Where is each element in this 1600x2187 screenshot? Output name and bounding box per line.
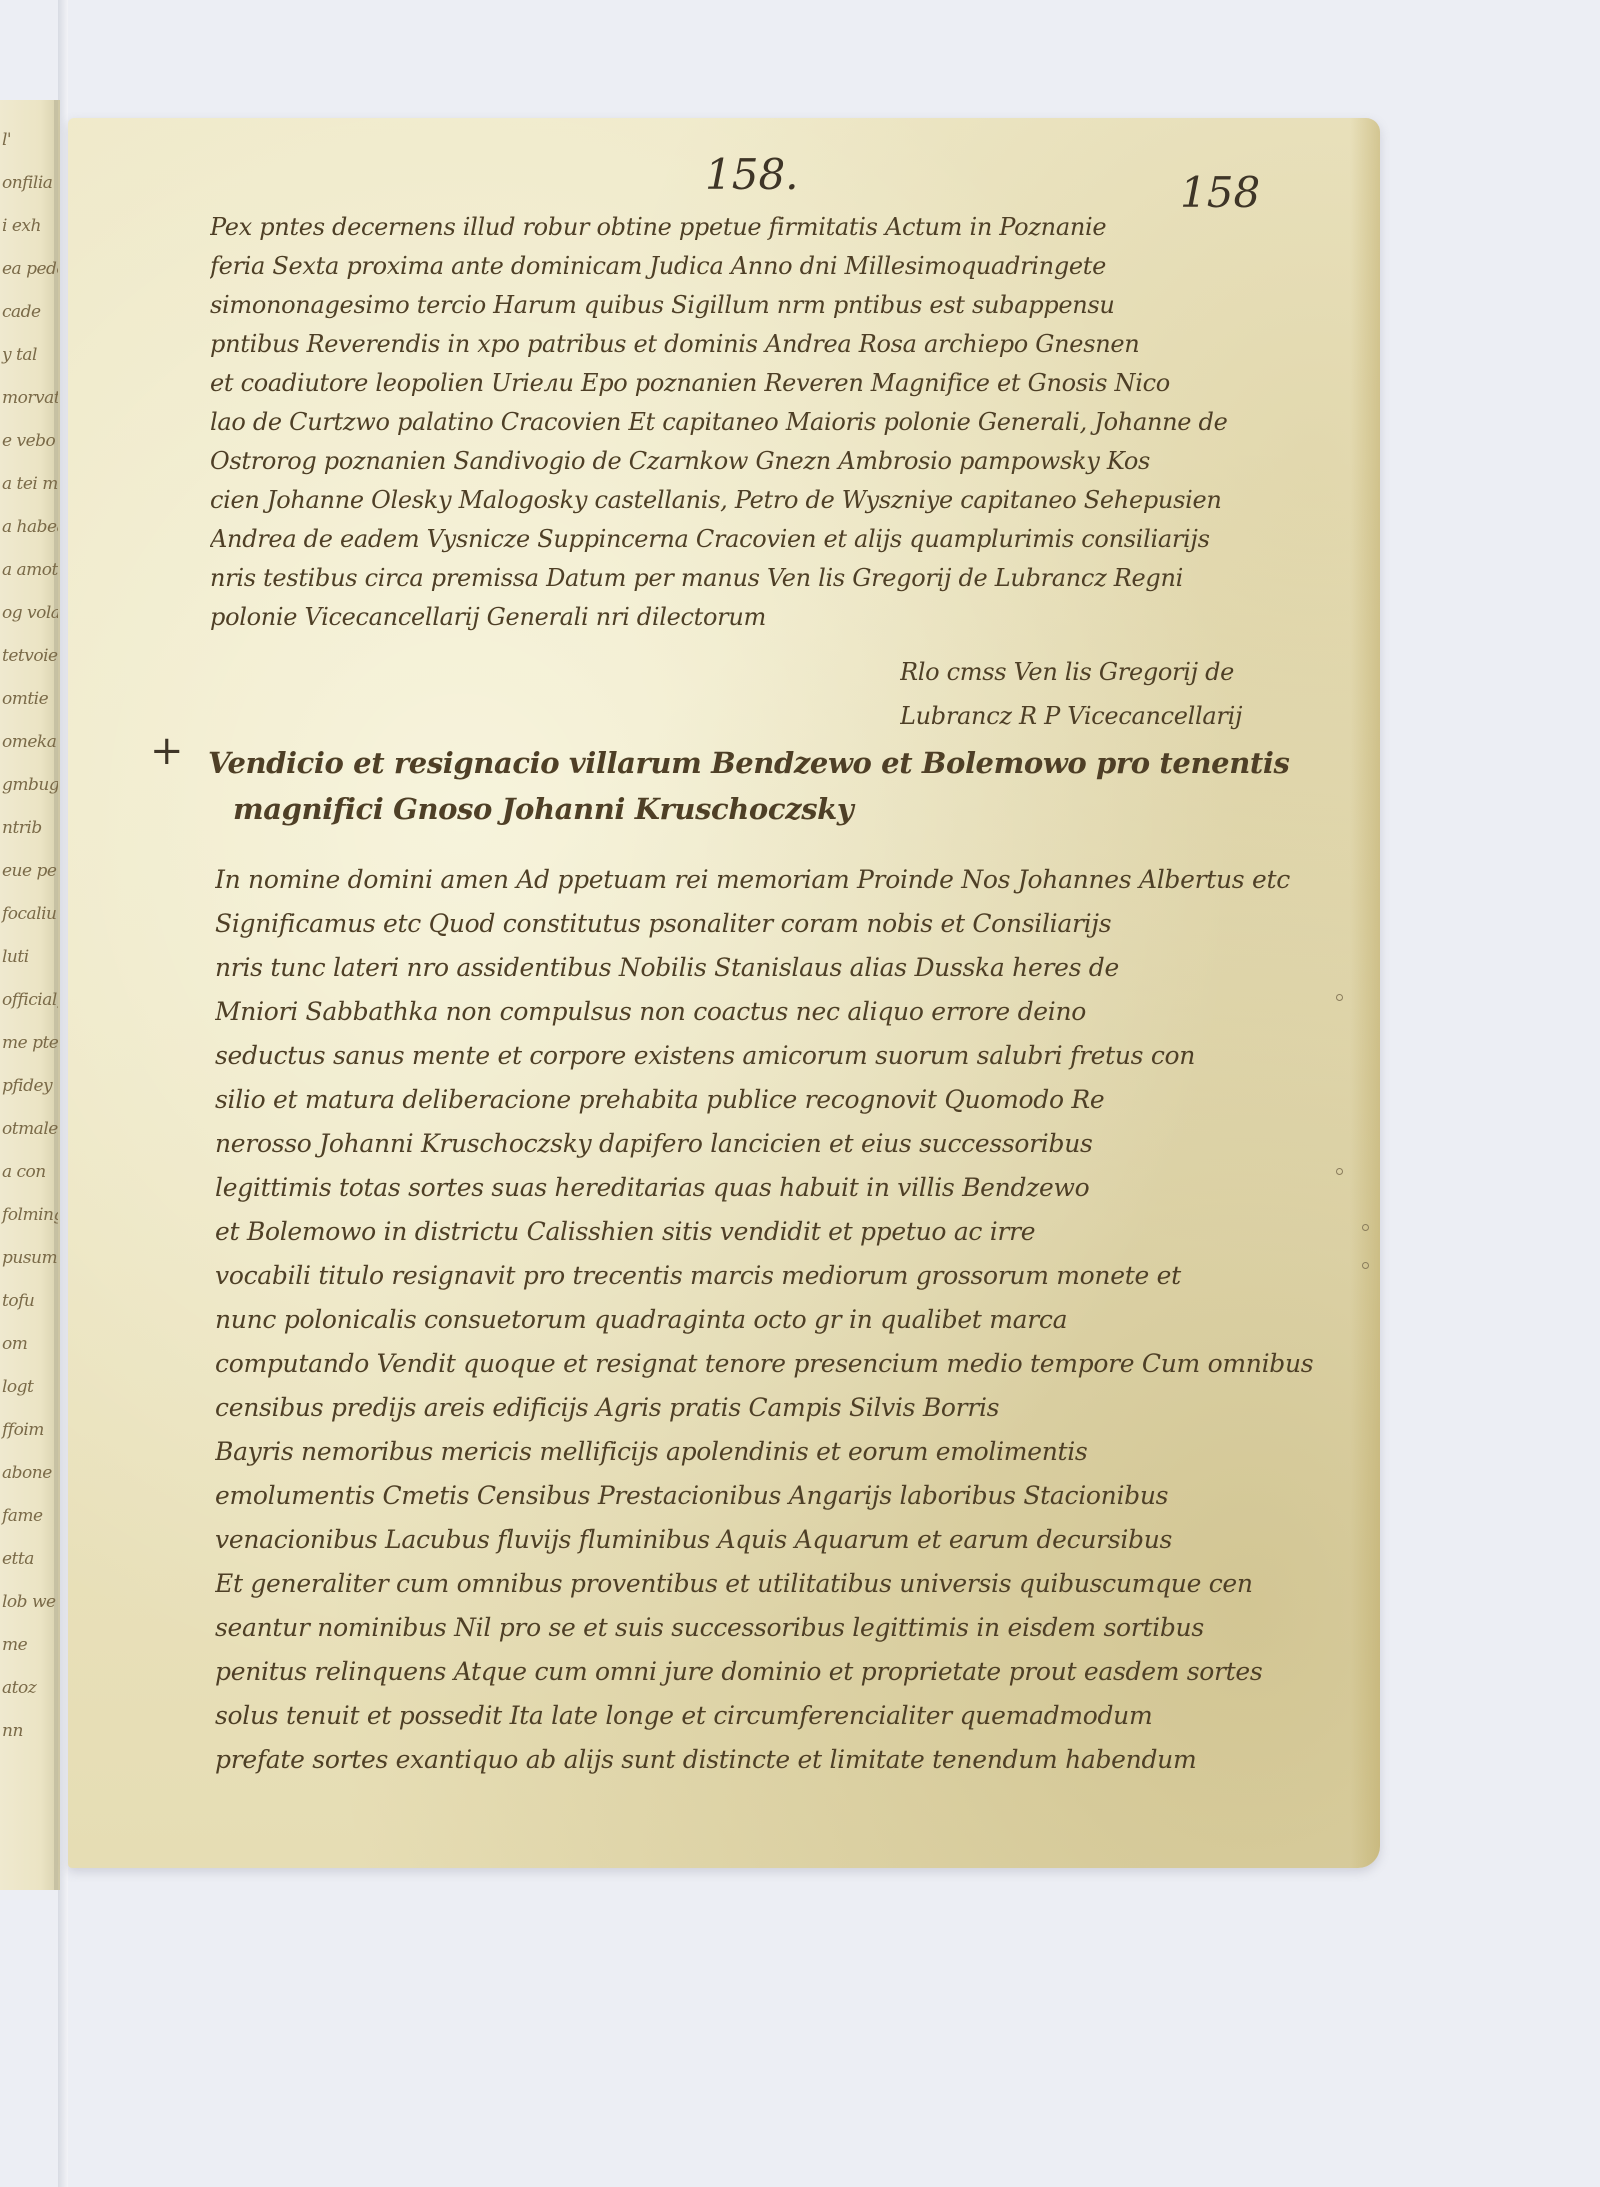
previous-entry: Pex pntes decernens illud robur obtine p…: [210, 208, 1360, 637]
entry-body-line: Mniori Sabbathka non compulsus non coact…: [215, 990, 1365, 1034]
left-page-fragment-line: og volad: [2, 603, 60, 623]
entry-body-line: silio et matura deliberacione prehabita …: [215, 1078, 1365, 1122]
left-page-fragment-line: abone: [2, 1463, 52, 1483]
left-page-fragment-line: cade: [2, 302, 41, 322]
entry-body: In nomine domini amen Ad ppetuam rei mem…: [215, 858, 1365, 1782]
left-page-fragment-line: focaliu: [2, 904, 57, 924]
folio-number-center: 158.: [705, 150, 799, 199]
left-page-fragment-line: otmale: [2, 1119, 58, 1139]
previous-entry-line: feria Sexta proxima ante dominicam Judic…: [210, 247, 1360, 286]
previous-entry-line: Andrea de eadem Vysnicze Suppincerna Cra…: [210, 520, 1360, 559]
entry-body-line: solus tenuit et possedit Ita late longe …: [215, 1694, 1365, 1738]
left-page-fragment-line: lob we: [2, 1592, 56, 1612]
left-page-fragment-line: a con: [2, 1162, 46, 1182]
entry-body-line: computando Vendit quoque et resignat ten…: [215, 1342, 1365, 1386]
cross-mark-icon: +: [150, 728, 184, 774]
left-page-fragment-line: a habea: [2, 517, 60, 537]
left-page-fragment: l'onfiliai exhea pedecadey talmorvatee v…: [0, 100, 60, 1890]
margin-dot-mark: [1362, 1224, 1369, 1231]
previous-entry-line: polonie Vicecancellarij Generali nri dil…: [210, 598, 1360, 637]
left-page-fragment-line: a amota: [2, 560, 60, 580]
entry-body-line: Significamus etc Quod constitutus psonal…: [215, 902, 1365, 946]
left-page-fragment-line: me: [2, 1635, 27, 1655]
left-page-fragment-line: luti: [2, 947, 29, 967]
left-page-fragment-line: atoz: [2, 1678, 36, 1698]
entry-body-line: legittimis totas sortes suas hereditaria…: [215, 1166, 1365, 1210]
left-page-fragment-line: omtie: [2, 689, 48, 709]
previous-entry-line: lao de Curtzwo palatino Cracovien Et cap…: [210, 403, 1360, 442]
left-page-fragment-line: me pte: [2, 1033, 58, 1053]
left-page-fragment-line: tetvoie: [2, 646, 58, 666]
left-page-fragment-line: i exh: [2, 216, 41, 236]
previous-entry-line: simononagesimo tercio Harum quibus Sigil…: [210, 286, 1360, 325]
entry-heading-line: magnifici Gnoso Johanni Kruschoczsky: [208, 786, 1358, 832]
left-page-fragment-line: a tei me: [2, 474, 60, 494]
left-page-fragment-line: pusum: [2, 1248, 57, 1268]
left-page-fragment-line: ffoim: [2, 1420, 44, 1440]
entry-heading: Vendicio et resignacio villarum Bendzewo…: [208, 740, 1358, 832]
signature-line: Lubrancz R P Vicecancellarij: [900, 694, 1350, 738]
left-page-fragment-line: ntrib: [2, 818, 42, 838]
entry-body-line: penitus relinquens Atque cum omni jure d…: [215, 1650, 1365, 1694]
previous-entry-line: Ostrorog poznanien Sandivogio de Czarnko…: [210, 442, 1360, 481]
left-page-fragment-line: folming: [2, 1205, 60, 1225]
left-page-fragment-line: tofu: [2, 1291, 34, 1311]
entry-body-line: seductus sanus mente et corpore existens…: [215, 1034, 1365, 1078]
left-page-fragment-line: omeka: [2, 732, 56, 752]
entry-body-line: vocabili titulo resignavit pro trecentis…: [215, 1254, 1365, 1298]
left-page-fragment-line: etta: [2, 1549, 34, 1569]
entry-body-line: emolumentis Cmetis Censibus Prestacionib…: [215, 1474, 1365, 1518]
entry-body-line: venacionibus Lacubus fluvijs fluminibus …: [215, 1518, 1365, 1562]
entry-heading-line: Vendicio et resignacio villarum Bendzewo…: [208, 740, 1358, 786]
margin-dot-mark: [1362, 1262, 1369, 1269]
entry-body-line: nerosso Johanni Kruschoczsky dapifero la…: [215, 1122, 1365, 1166]
entry-body-line: seantur nominibus Nil pro se et suis suc…: [215, 1606, 1365, 1650]
left-page-fragment-line: onfilia: [2, 173, 52, 193]
left-page-fragment-line: pfidey: [2, 1076, 52, 1096]
previous-entry-line: Pex pntes decernens illud robur obtine p…: [210, 208, 1360, 247]
left-page-fragment-line: om: [2, 1334, 27, 1354]
left-page-fragment-line: morvate: [2, 388, 60, 408]
entry-body-line: Et generaliter cum omnibus proventibus e…: [215, 1562, 1365, 1606]
left-page-fragment-line: fame: [2, 1506, 43, 1526]
left-page-fragment-line: logt: [2, 1377, 33, 1397]
left-page-fragment-line: officialg: [2, 990, 60, 1010]
previous-entry-line: cien Johanne Olesky Malogosky castellani…: [210, 481, 1360, 520]
entry-body-line: nunc polonicalis consuetorum quadraginta…: [215, 1298, 1365, 1342]
entry-body-line: censibus predijs areis edificijs Agris p…: [215, 1386, 1365, 1430]
margin-dot-mark: [1336, 1168, 1343, 1175]
left-page-fragment-line: l': [2, 130, 11, 150]
entry-body-line: In nomine domini amen Ad ppetuam rei mem…: [215, 858, 1365, 902]
previous-entry-line: nris testibus circa premissa Datum per m…: [210, 559, 1360, 598]
signature-line: Rlo cmss Ven lis Gregorij de: [900, 650, 1350, 694]
chancery-signature: Rlo cmss Ven lis Gregorij de Lubrancz R …: [900, 650, 1350, 738]
entry-body-line: et Bolemowo in districtu Calisshien siti…: [215, 1210, 1365, 1254]
left-page-fragment-line: ea pede: [2, 259, 60, 279]
left-page-fragment-line: eue pe: [2, 861, 56, 881]
previous-entry-line: et coadiutore leopolien Uriели Epo pozna…: [210, 364, 1360, 403]
left-page-fragment-line: nn: [2, 1721, 23, 1741]
entry-body-line: nris tunc lateri nro assidentibus Nobili…: [215, 946, 1365, 990]
left-page-fragment-line: gmbug: [2, 775, 59, 795]
margin-dot-mark: [1336, 994, 1343, 1001]
left-page-fragment-line: e vebo: [2, 431, 55, 451]
entry-body-line: Bayris nemoribus mericis mellificijs apo…: [215, 1430, 1365, 1474]
left-page-fragment-line: y tal: [2, 345, 37, 365]
entry-body-line: prefate sortes exantiquo ab alijs sunt d…: [215, 1738, 1365, 1782]
previous-entry-line: pntibus Reverendis in xpo patribus et do…: [210, 325, 1360, 364]
